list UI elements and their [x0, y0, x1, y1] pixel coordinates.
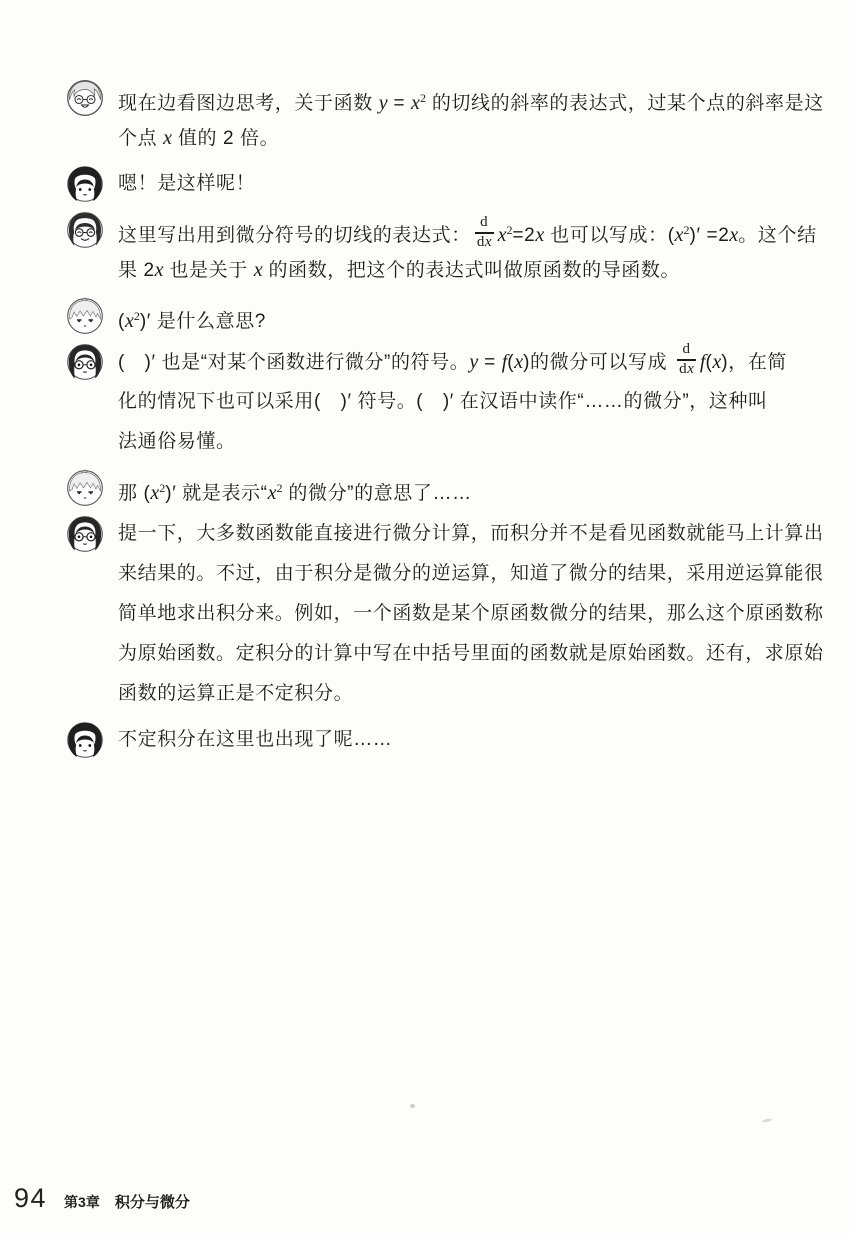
- text-run: (: [118, 311, 125, 332]
- math-variable: x: [535, 224, 544, 246]
- text-run: 现在边看图边思考，关于函数: [118, 93, 379, 114]
- dialogue-line: 这里写出用到微分符号的切线的表达式：ddxx2=2x 也可以写成：(x2)′ =…: [118, 210, 817, 250]
- math-variable: x: [712, 351, 721, 373]
- math-variable: x: [254, 259, 263, 281]
- text-run: 也是关于: [164, 260, 254, 281]
- math-variable: x: [675, 224, 684, 246]
- dialogue-text: 这里写出用到微分符号的切线的表达式：ddxx2=2x 也可以写成：(x2)′ =…: [118, 210, 817, 290]
- scan-speck: [762, 1118, 772, 1123]
- avatar-girl-wavy-glasses-smile-icon: [66, 79, 104, 117]
- dialogue-line: 简单地求出积分来。例如，一个函数是某个原函数微分的结果，那么这个原函数称: [118, 594, 824, 634]
- dialogue-line: (x2)′ 是什么意思?: [118, 296, 266, 336]
- dialogue-line: 嗯！是这样呢！: [118, 164, 255, 204]
- text-run: 来结果的。不过，由于积分是微分的逆运算，知道了微分的结果，采用逆运算能很: [118, 563, 824, 584]
- dialogue-text: 提一下，大多数函数能直接进行微分计算，而积分并不是看见函数就能马上计算出来结果的…: [118, 514, 824, 714]
- dialogue-row: (x2)′ 是什么意思?: [66, 296, 850, 336]
- text-run: 函数的运算正是不定积分。: [118, 683, 353, 704]
- text-run: =: [388, 93, 411, 114]
- avatar-girl-dark-glasses-smile-icon: [66, 211, 104, 249]
- math-fraction: ddx: [475, 215, 494, 250]
- text-run: =: [478, 352, 501, 373]
- text-run: )′ 是什么意思?: [140, 311, 266, 332]
- avatar-girl-light-ahoge-icon: [66, 297, 104, 335]
- avatar-girl-dark-roundglasses-icon: [66, 515, 104, 553]
- dialogue-text: (x2)′ 是什么意思?: [118, 296, 266, 336]
- dialogue-row: 嗯！是这样呢！: [66, 164, 850, 204]
- dialogue-row: 提一下，大多数函数能直接进行微分计算，而积分并不是看见函数就能马上计算出来结果的…: [66, 514, 850, 714]
- text-run: )′ =2: [690, 225, 730, 246]
- dialogue-row: 那 (x2)′ 就是表示“x2 的微分”的意思了……: [66, 468, 850, 508]
- text-run: 值的 2 倍。: [172, 128, 279, 149]
- text-run: =2: [512, 225, 535, 246]
- text-run: d: [480, 214, 488, 230]
- book-page: 现在边看图边思考，关于函数 y = x2 的切线的斜率的表达式，过某个点的斜率是…: [0, 0, 850, 1238]
- text-run: )′ 就是表示“: [165, 483, 267, 504]
- dialogue-row: 这里写出用到微分符号的切线的表达式：ddxx2=2x 也可以写成：(x2)′ =…: [66, 210, 850, 290]
- text-run: ( )′ 也是“对某个函数进行微分”的符号。: [118, 352, 469, 373]
- math-variable: x: [411, 92, 420, 114]
- dialogue-row: 不定积分在这里也出现了呢……: [66, 720, 850, 760]
- dialogue-line: 那 (x2)′ 就是表示“x2 的微分”的意思了……: [118, 468, 472, 508]
- dialogue-list: 现在边看图边思考，关于函数 y = x2 的切线的斜率的表达式，过某个点的斜率是…: [0, 78, 850, 766]
- text-run: 嗯！是这样呢！: [118, 173, 255, 194]
- text-run: 也可以写成：(: [544, 225, 674, 246]
- dialogue-row: ( )′ 也是“对某个函数进行微分”的符号。y = f(x)的微分可以写成 dd…: [66, 342, 850, 462]
- math-variable: x: [687, 361, 694, 377]
- fraction-denominator: dx: [677, 362, 696, 378]
- avatar-girl-dark-roundglasses-icon: [66, 343, 104, 381]
- scan-speck: [410, 1104, 415, 1108]
- dialogue-line: 果 2x 也是关于 x 的函数，把这个的表达式叫做原函数的导函数。: [118, 250, 817, 290]
- fraction-numerator: d: [478, 215, 490, 231]
- text-run: )，在简: [721, 352, 787, 373]
- dialogue-line: 来结果的。不过，由于积分是微分的逆运算，知道了微分的结果，采用逆运算能很: [118, 554, 824, 594]
- page-number: 94: [14, 1183, 47, 1214]
- dialogue-line: 个点 x 值的 2 倍。: [118, 118, 824, 158]
- math-variable: x: [163, 127, 172, 149]
- text-run: 不定积分在这里也出现了呢……: [118, 729, 392, 750]
- math-variable: x: [514, 351, 523, 373]
- text-run: d: [477, 234, 485, 250]
- text-run: 果 2: [118, 260, 155, 281]
- dialogue-line: 提一下，大多数函数能直接进行微分计算，而积分并不是看见函数就能马上计算出: [118, 514, 824, 554]
- text-run: 简单地求出积分来。例如，一个函数是某个原函数微分的结果，那么这个原函数称: [118, 603, 824, 624]
- chapter-label: 第3章: [64, 1192, 100, 1212]
- math-variable: x: [485, 234, 492, 250]
- text-run: d: [682, 341, 690, 357]
- dialogue-text: 不定积分在这里也出现了呢……: [118, 720, 392, 760]
- math-variable: x: [729, 224, 738, 246]
- text-run: 这里写出用到微分符号的切线的表达式：: [118, 225, 471, 246]
- dialogue-text: 嗯！是这样呢！: [118, 164, 255, 204]
- text-run: 那 (: [118, 483, 150, 504]
- math-variable: y: [469, 351, 478, 373]
- text-run: 。这个结: [738, 225, 816, 246]
- avatar-girl-light-ahoge-icon: [66, 469, 104, 507]
- text-run: 为原始函数。定积分的计算中写在中括号里面的函数就是原始函数。还有，求原始: [118, 643, 824, 664]
- chapter-title: 积分与微分: [115, 1191, 190, 1212]
- dialogue-row: 现在边看图边思考，关于函数 y = x2 的切线的斜率的表达式，过某个点的斜率是…: [66, 78, 850, 158]
- math-variable: x: [150, 482, 159, 504]
- text-run: 的函数，把这个的表达式叫做原函数的导函数。: [263, 260, 680, 281]
- text-run: 提一下，大多数函数能直接进行微分计算，而积分并不是看见函数就能马上计算出: [118, 523, 824, 544]
- avatar-girl-dark-bob-icon: [66, 165, 104, 203]
- dialogue-line: 法通俗易懂。: [118, 422, 787, 462]
- dialogue-line: 为原始函数。定积分的计算中写在中括号里面的函数就是原始函数。还有，求原始: [118, 634, 824, 674]
- dialogue-text: 那 (x2)′ 就是表示“x2 的微分”的意思了……: [118, 468, 472, 508]
- avatar-girl-dark-bob-icon: [66, 721, 104, 759]
- fraction-numerator: d: [680, 342, 692, 358]
- math-variable: y: [379, 92, 388, 114]
- text-run: 个点: [118, 128, 163, 149]
- text-run: 化的情况下也可以采用( )′ 符号。( )′ 在汉语中读作“……的微分”，这种叫: [118, 391, 768, 412]
- dialogue-line: 化的情况下也可以采用( )′ 符号。( )′ 在汉语中读作“……的微分”，这种叫: [118, 382, 787, 422]
- fraction-denominator: dx: [475, 235, 494, 251]
- text-run: 的微分”的意思了……: [282, 483, 471, 504]
- dialogue-text: 现在边看图边思考，关于函数 y = x2 的切线的斜率的表达式，过某个点的斜率是…: [118, 78, 824, 158]
- text-run: 法通俗易懂。: [118, 431, 236, 452]
- dialogue-line: 现在边看图边思考，关于函数 y = x2 的切线的斜率的表达式，过某个点的斜率是…: [118, 78, 824, 118]
- dialogue-text: ( )′ 也是“对某个函数进行微分”的符号。y = f(x)的微分可以写成 dd…: [118, 342, 787, 462]
- dialogue-line: 函数的运算正是不定积分。: [118, 674, 824, 714]
- math-fraction: ddx: [677, 342, 696, 377]
- text-run: )的微分可以写成: [523, 352, 673, 373]
- math-variable: x: [125, 310, 134, 332]
- dialogue-line: 不定积分在这里也出现了呢……: [118, 720, 392, 760]
- text-run: 的切线的斜率的表达式，过某个点的斜率是这: [426, 93, 824, 114]
- dialogue-line: ( )′ 也是“对某个函数进行微分”的符号。y = f(x)的微分可以写成 dd…: [118, 342, 787, 382]
- page-footer: 94 第3章 积分与微分: [14, 1183, 190, 1214]
- math-variable: x: [155, 259, 164, 281]
